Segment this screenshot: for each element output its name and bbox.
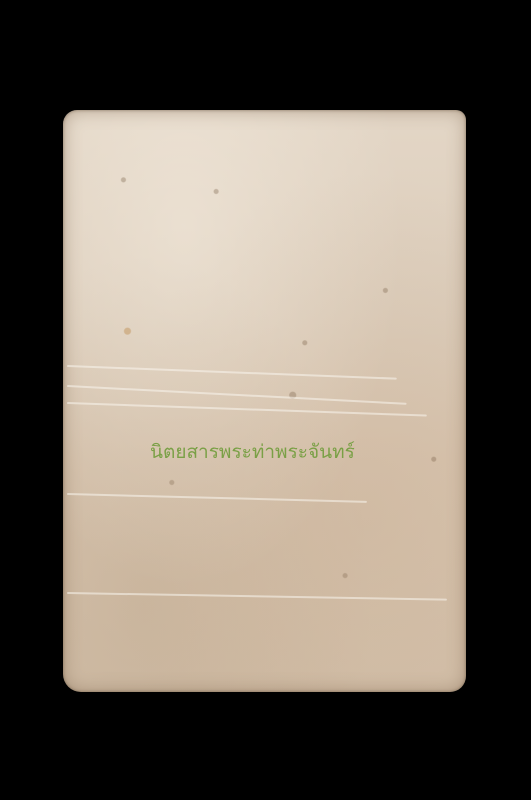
- surface-scratch: [67, 365, 397, 380]
- surface-scratch: [67, 592, 447, 601]
- surface-scratch: [67, 402, 427, 417]
- surface-scratch: [67, 385, 407, 405]
- watermark-text: นิตยสารพระท่าพระจันทร์: [150, 437, 382, 467]
- photo: นิตยสารพระท่าพระจันทร์: [0, 0, 531, 800]
- amulet-tablet: [63, 110, 466, 692]
- surface-scratch: [67, 493, 367, 503]
